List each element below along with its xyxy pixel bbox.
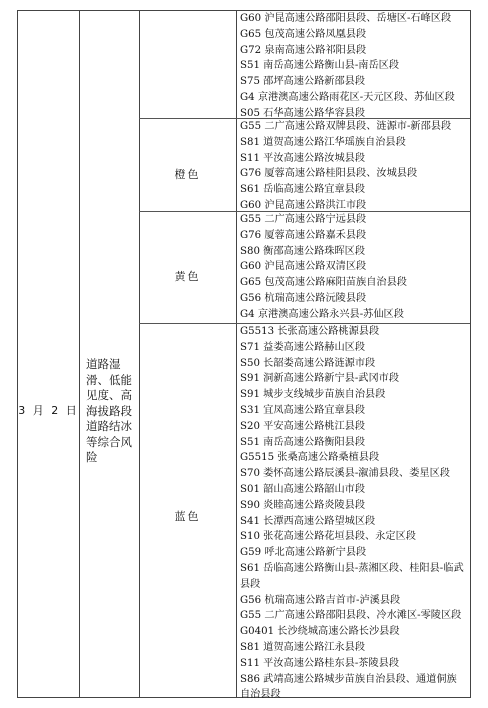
risk-road-table: 3 月 2 日 道路湿 滑、低能 见度、高 海拔路段 道路结冰 等综合风 险 橙… <box>17 10 471 698</box>
column-divider <box>236 11 237 697</box>
road-section: S70 娄怀高速公路辰溪县-溆浦县段、娄星区段 <box>240 466 466 482</box>
column-divider <box>79 11 80 697</box>
road-section: G60 沪昆高速公路双清区段 <box>240 259 466 275</box>
road-section: G72 泉南高速公路祁阳县段 <box>240 43 466 59</box>
road-section: S20 平安高速公路桃江县段 <box>240 419 466 435</box>
road-section: S10 张花高速公路花垣县段、永定区段 <box>240 529 466 545</box>
date-cell: 3 月 2 日 <box>18 403 79 418</box>
risk-type-line: 道路结冰 <box>86 419 138 435</box>
road-section: S81 道贺高速公路江华瑶族自治县段 <box>240 135 466 151</box>
road-section: S81 道贺高速公路江永县段 <box>240 640 466 656</box>
road-section: S91 洞新高速公路新宁县-武冈市段 <box>240 371 466 387</box>
road-section: G4 京港澳高速公路永兴县-苏仙区段 <box>240 307 466 323</box>
road-section: S51 南岳高速公路衡阳县段 <box>240 435 466 451</box>
road-section: G65 包茂高速公路麻阳苗族自治县段 <box>240 275 466 291</box>
warning-level-orange: 橙色 <box>139 167 236 182</box>
road-section: S01 韶山高速公路韶山市段 <box>240 482 466 498</box>
road-section: G0401 长沙绕城高速公路长沙县段 <box>240 624 466 640</box>
road-section: G5513 长张高速公路桃源县段 <box>240 324 466 340</box>
road-section: S61 岳临高速公路宜章县段 <box>240 182 466 198</box>
risk-type-line: 见度、高 <box>86 388 138 404</box>
risk-type-line: 险 <box>86 450 138 466</box>
road-section: S91 城步支线城步苗族自治县段 <box>240 387 466 403</box>
road-section: S86 武靖高速公路城步苗族自治县段、通道侗族自治县段 <box>240 672 466 704</box>
road-list-orange: G55 二广高速公路双牌县段、涟源市-新邵县段 S81 道贺高速公路江华瑶族自治… <box>240 119 466 214</box>
road-section: G76 厦蓉高速公路嘉禾县段 <box>240 228 466 244</box>
road-section: G59 呼北高速公路新宁县段 <box>240 545 466 561</box>
road-section: S71 益娄高速公路赫山区段 <box>240 340 466 356</box>
warning-level-yellow: 黄色 <box>139 269 236 284</box>
risk-type-line: 道路湿 <box>86 357 138 373</box>
road-section: S11 平汝高速公路汝城县段 <box>240 151 466 167</box>
road-list-blue: G5513 长张高速公路桃源县段 S71 益娄高速公路赫山区段 S50 长韶娄高… <box>240 324 466 703</box>
road-section: G60 沪昆高速公路邵阳县段、岳塘区-石峰区段 <box>240 11 466 27</box>
risk-type-cell: 道路湿 滑、低能 见度、高 海拔路段 道路结冰 等综合风 险 <box>86 357 138 466</box>
road-list-yellow: G55 二广高速公路宁远县段 G76 厦蓉高速公路嘉禾县段 S80 衡邵高速公路… <box>240 212 466 323</box>
warning-level-blue: 蓝色 <box>139 509 236 524</box>
road-section: S80 衡邵高速公路珠晖区段 <box>240 244 466 260</box>
road-section: G76 厦蓉高速公路桂阳县段、汝城县段 <box>240 166 466 182</box>
road-section: G65 包茂高速公路凤凰县段 <box>240 27 466 43</box>
column-divider <box>139 11 140 697</box>
road-section: S61 岳临高速公路衡山县-蒸湘区段、桂阳县-临武县段 <box>240 561 466 593</box>
road-section: G55 二广高速公路邵阳县段、冷水滩区-零陵区段 <box>240 608 466 624</box>
road-list-group-0: G60 沪昆高速公路邵阳县段、岳塘区-石峰区段 G65 包茂高速公路凤凰县段 G… <box>240 11 466 122</box>
road-section: G56 杭瑞高速公路沅陵县段 <box>240 291 466 307</box>
risk-type-line: 等综合风 <box>86 435 138 451</box>
road-section: S90 炎睦高速公路炎陵县段 <box>240 498 466 514</box>
road-section: G55 二广高速公路双牌县段、涟源市-新邵县段 <box>240 119 466 135</box>
road-section: G4 京港澳高速公路雨花区-天元区段、苏仙区段 <box>240 90 466 106</box>
risk-type-line: 滑、低能 <box>86 373 138 389</box>
road-section: S31 宜凤高速公路宜章县段 <box>240 403 466 419</box>
road-section: G55 二广高速公路宁远县段 <box>240 212 466 228</box>
road-section: G5515 张桑高速公路桑植县段 <box>240 450 466 466</box>
road-section: S41 长潭西高速公路望城区段 <box>240 514 466 530</box>
road-section: G56 杭瑞高速公路吉首市-泸溪县段 <box>240 593 466 609</box>
road-section: S51 南岳高速公路衡山县-南岳区段 <box>240 58 466 74</box>
risk-type-line: 海拔路段 <box>86 404 138 420</box>
road-section: S50 长韶娄高速公路涟源市段 <box>240 356 466 372</box>
road-section: S11 平汝高速公路桂东县-茶陵县段 <box>240 656 466 672</box>
road-section: S75 邵坪高速公路新邵县段 <box>240 74 466 90</box>
